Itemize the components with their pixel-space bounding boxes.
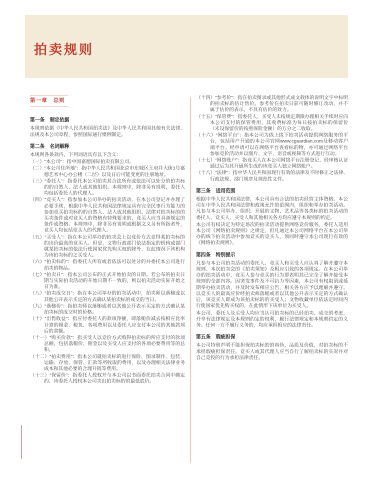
- paragraph: 本公司有权决定为特定场次的拍卖活动提供网络竞价服务。委托人适用本公司《网络拍卖规…: [196, 222, 348, 246]
- article-heading: 第四条特别提示: [196, 252, 348, 258]
- definition-item: （三）“委托人”：指委托本公司拍卖其合法所有或依法可以处分的拍卖标的的自然人、法…: [30, 178, 185, 196]
- definition-item: （十二）“拍卖费用”：指本公司就拍卖标的进行保险、图录制作、包装、运输、存放、保…: [30, 354, 185, 372]
- page-header: 拍卖规则: [25, 15, 348, 78]
- article-number: 第一条: [30, 118, 45, 124]
- definition-item: （六）“拍卖标的”：指委托人所有或者依法可以处分的并委托本公司进行拍卖的物品。: [30, 259, 185, 271]
- document-body: 第一章总则第一条制定依据本规则依据《中华人民共和国拍卖法》及中华人民共和国其他有…: [30, 95, 348, 467]
- article-title: 特别提示: [216, 252, 236, 258]
- chapter-heading: 第一章总则: [30, 95, 68, 107]
- definition-item: （八）“拍卖成交日”：指在本公司举办的拍卖活动中，拍卖师以落槌或以其他公开表示买…: [30, 291, 185, 303]
- article-heading: 第三条适用范围: [196, 188, 348, 194]
- right-column: （十四）“参考价”：指在拍卖图录或其他形式成文载体的说明文字中标明的拍卖标的估计…: [196, 95, 348, 467]
- article-number: 第四条: [196, 252, 211, 258]
- definition-item: （五）“买受人”：指在本公司举办的拍卖会上以竞价方式竞得某拍卖标的的出价最高的竞…: [30, 234, 185, 258]
- page-title: 拍卖规则: [25, 15, 348, 58]
- article-title: 名词解释: [50, 144, 70, 150]
- column-divider-rule: [190, 97, 191, 463]
- definition-item: （七）“拍卖日”：指本公司公布的正式开始拍卖的日期。若公布的拍卖日期与实际拍卖活…: [30, 272, 185, 290]
- definition-item: （九）“落槌价”：指拍卖师以落槌或者以其他公开表示买定的方式确认某拍卖标的成交时…: [30, 303, 185, 315]
- article-heading: 第一条制定依据: [30, 118, 185, 124]
- article-number: 第五条: [196, 335, 211, 341]
- definition-item: （十五）“保管费”：指委托人、买受人未按规定期限办理相关手续时应向本公司支付的保…: [196, 114, 348, 132]
- paragraph: 根据中华人民共和国法律，本公司具有合法的拍卖经营主体资格。本公司在中华人民共和国…: [196, 197, 348, 221]
- definition-item: （十三）“保留价”：指委托人授权并与本公司以书面委托拍卖合同中确定的、该委托人授…: [30, 373, 185, 385]
- article-number: 第三条: [196, 188, 211, 194]
- definition-item: （十六）“网络平台”：指本公司为线上线下拍卖活动提供网络服务的平台，包括用户开通…: [196, 133, 348, 157]
- definition-item: （十一）“购买价款”：指买受人以竞价方式购得拍卖标的所应支付的款项总额，包括落槌…: [30, 335, 185, 353]
- paragraph: 凡参与本公司拍卖活动的委托人、竞买人和买受人应认真了解并遵守本规则、本次拍卖会的…: [196, 260, 348, 309]
- article-title: 制定依据: [50, 118, 70, 124]
- paragraph: 本公司、委托人及买受人均应当认可拍卖标的已经拍卖、成交的考虑，并享有法律规定及本…: [196, 310, 348, 328]
- right-column-text: （十四）“参考价”：指在拍卖图录或其他形式成文载体的说明文字中标明的拍卖标的估计…: [196, 95, 348, 361]
- definition-item: （十四）“参考价”：指在拍卖图录或其他形式成文载体的说明文字中标明的拍卖标的估计…: [196, 95, 348, 113]
- definition-item: （四）“竞买人”：指参加本公司举办的拍卖活动、在本公司登记并办理了必要手续，根据…: [30, 197, 185, 234]
- article-number: 第二条: [30, 144, 45, 150]
- document-page: 拍卖规则 第一章总则第一条制定依据本规则依据《中华人民共和国拍卖法》及中华人民共…: [0, 0, 373, 480]
- left-column-text: 第一章总则第一条制定依据本规则依据《中华人民共和国拍卖法》及中华人民共和国其他有…: [30, 95, 185, 385]
- definition-item: （一）“本公司”：指中国嘉德国际拍卖有限公司。: [30, 159, 185, 165]
- paragraph: 本规则依据《中华人民共和国拍卖法》及中华人民共和国其他有关法律、法规及本公司章程…: [30, 126, 185, 138]
- article-heading: 第二条名词解释: [30, 144, 185, 150]
- article-heading: 第五条瑕疵担保: [196, 335, 348, 341]
- paragraph: 本规则各条款内，下列词语具有以下含义：: [30, 152, 185, 158]
- article-title: 瑕疵担保: [216, 335, 236, 341]
- definition-item: （二）“本公司住所地”：指中华人民共和国北京市东城区王府井大街1号嘉德艺术中心办…: [30, 166, 185, 178]
- definition-item: （十）“出售收益”：指应付委托人的款项净额，即落槌价减去按相应比率计算的佣金、税…: [30, 316, 185, 334]
- revision-bar: [21, 425, 22, 459]
- chapter-number: 第一章: [30, 98, 47, 104]
- definition-item: （十八）“法律”：指中华人民共和国现行有效的法律及不时修正之法律、行政法规、部门…: [196, 170, 348, 182]
- paragraph: 本公司特别声明不能担保拍卖标的的真伪、品质及价值，对拍卖标的不承担瑕疵担保责任。…: [196, 343, 348, 361]
- article-title: 适用范围: [216, 188, 236, 194]
- chapter-title: 总则: [53, 98, 65, 104]
- left-column: 第一章总则第一条制定依据本规则依据《中华人民共和国拍卖法》及中华人民共和国其他有…: [30, 95, 185, 467]
- definition-item: （十七）“网络账户”：指竞买人在本公司网络平台注册登记、经审核认证通过后为其开通…: [196, 158, 348, 170]
